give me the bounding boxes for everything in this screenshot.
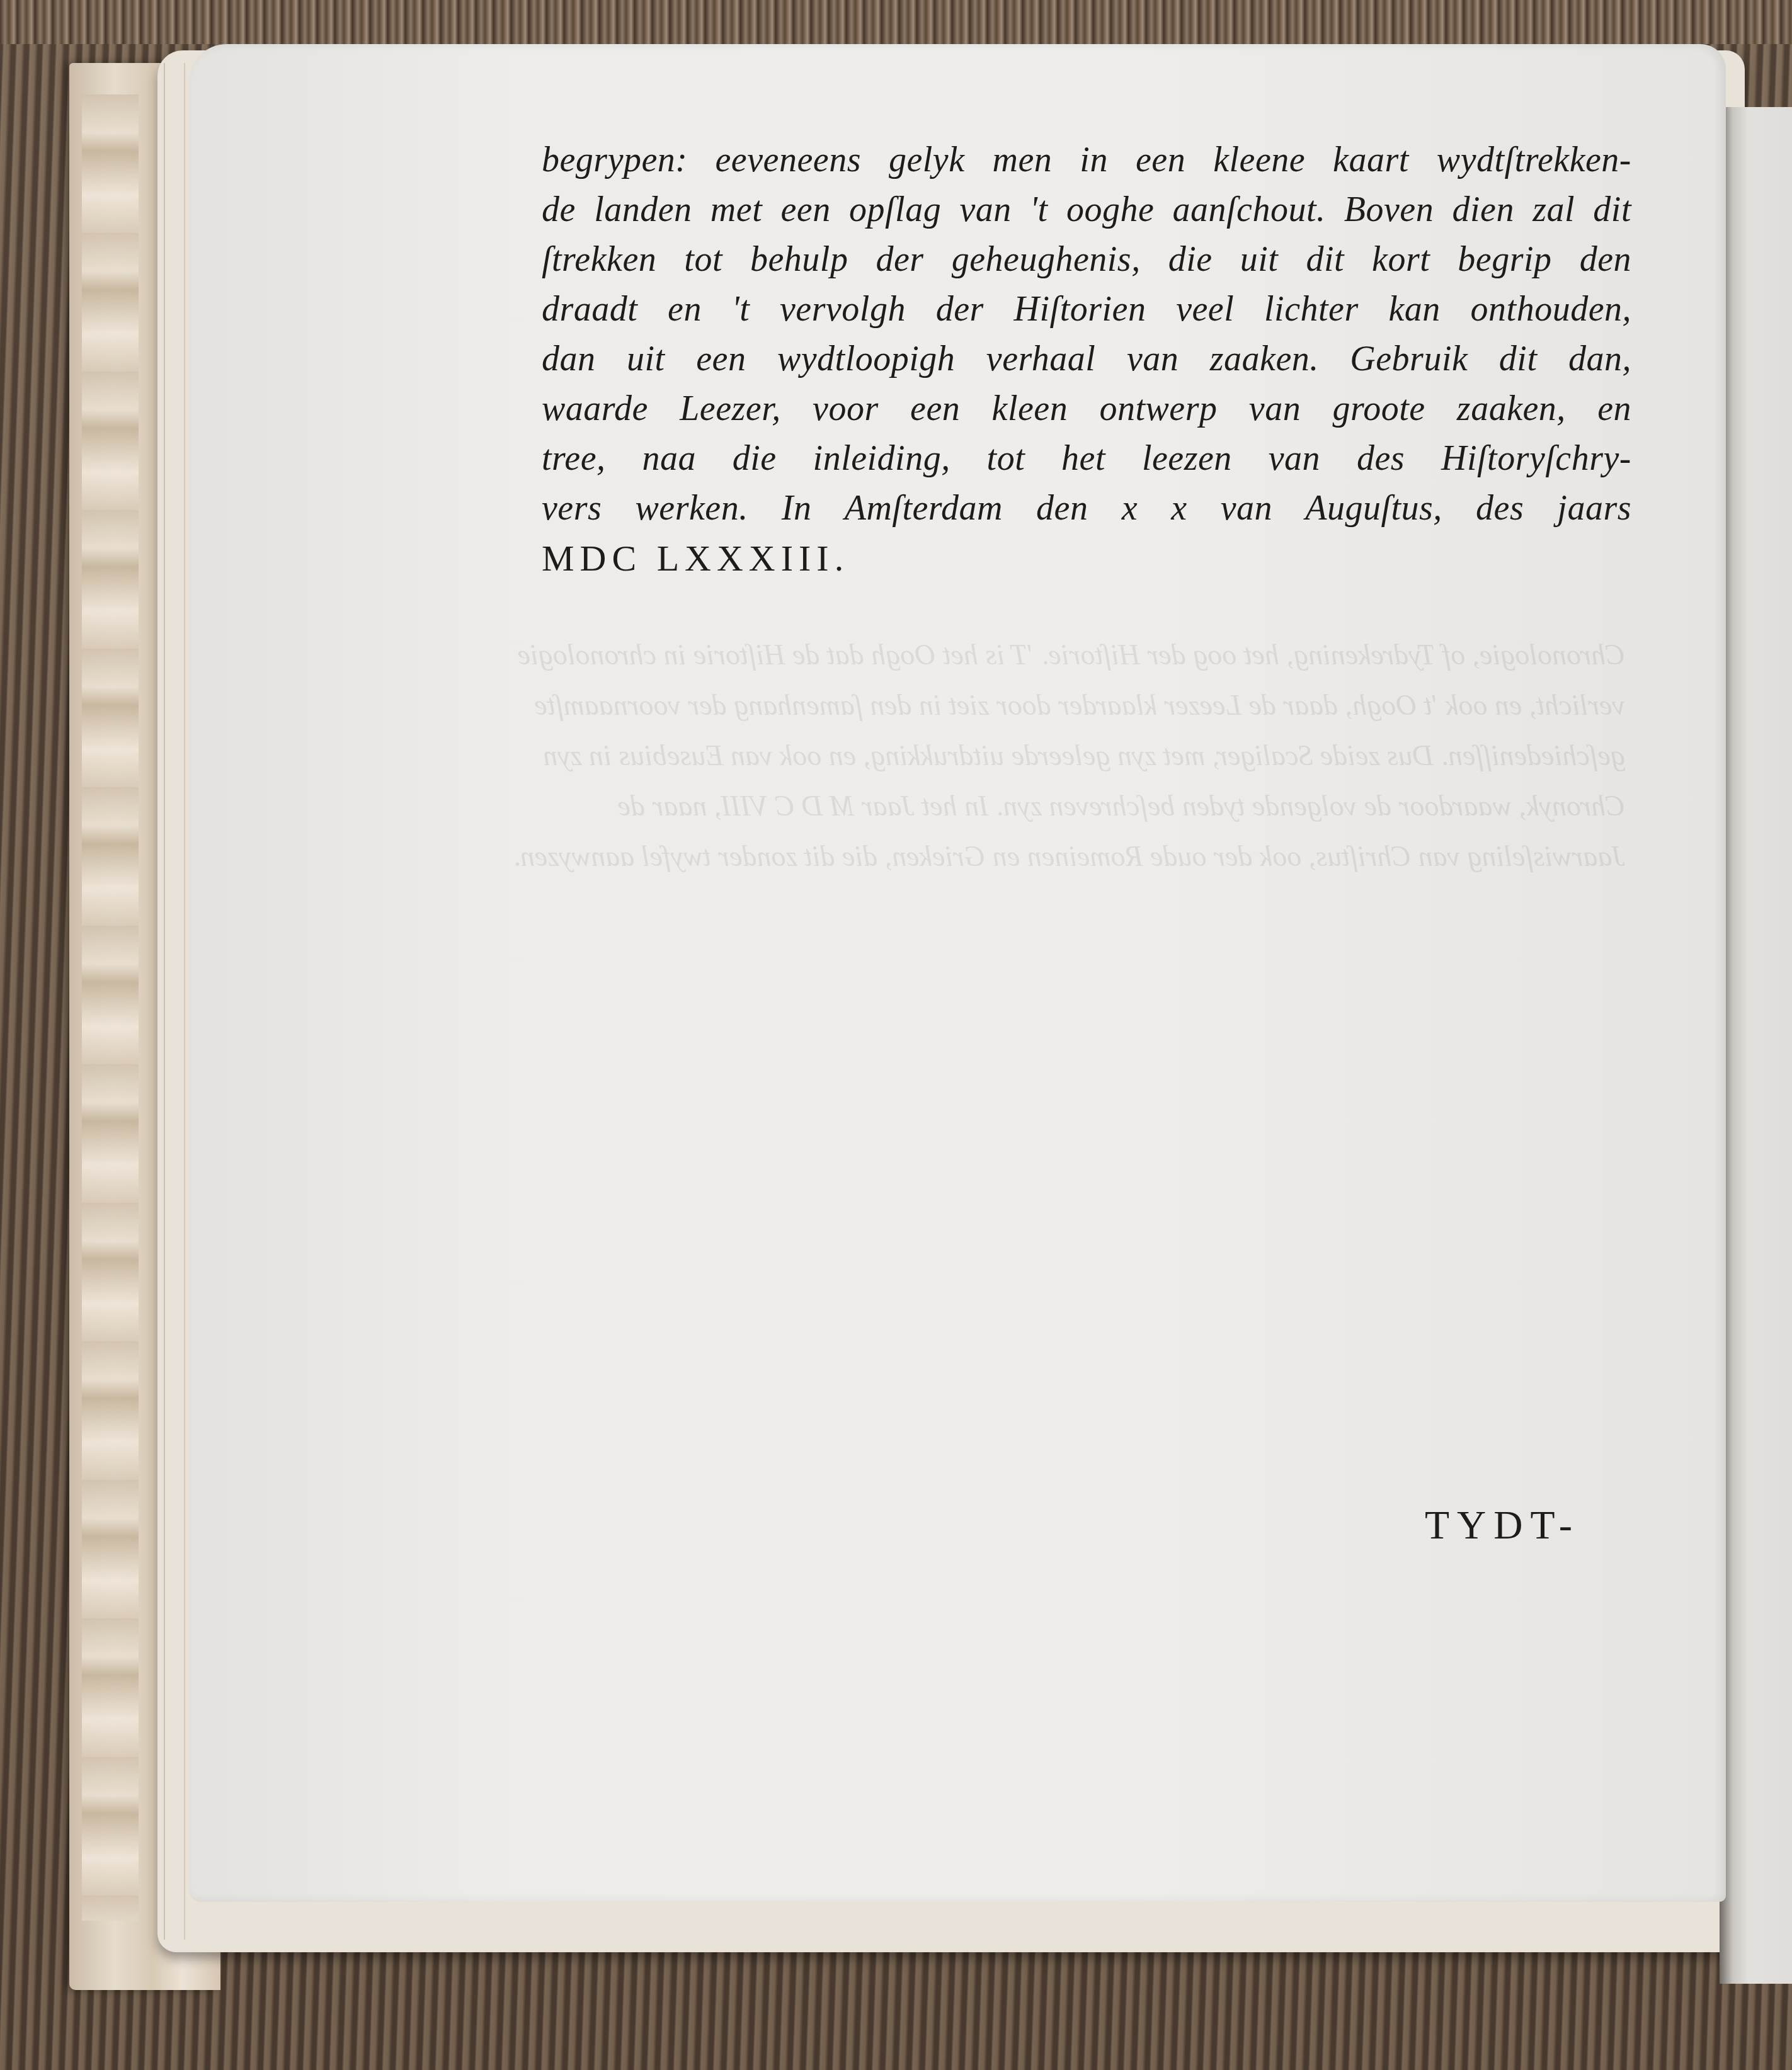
text-line: waarde Leezer, voor een kleen ontwerp va… [542, 384, 1631, 434]
text-line: ſtrekken tot behulp der geheughenis, die… [542, 235, 1631, 285]
text-line: vers werken. In Amſterdam den x x van Au… [542, 484, 1631, 533]
page-edges [164, 63, 185, 1940]
page-body-text: begrypen: eeveneens gelyk men in een kle… [542, 135, 1631, 583]
text-line: dan uit een wydtloopigh verhaal van zaak… [542, 334, 1631, 384]
worn-binding-fragments [82, 94, 139, 1921]
wooden-table-background [0, 0, 1792, 44]
catchword: TYDT- [1425, 1502, 1580, 1549]
text-line: tree, naa die inleiding, tot het leezen … [542, 434, 1631, 484]
text-line: de landen met een opſlag van 't ooghe aa… [542, 185, 1631, 235]
text-line: draadt en 't vervolgh der Hiſtorien veel… [542, 285, 1631, 334]
text-line: begrypen: eeveneens gelyk men in een kle… [542, 135, 1631, 185]
facing-page-edge [1720, 107, 1792, 1984]
date-line-roman-numeral: MDC LXXXIII. [542, 533, 1631, 583]
